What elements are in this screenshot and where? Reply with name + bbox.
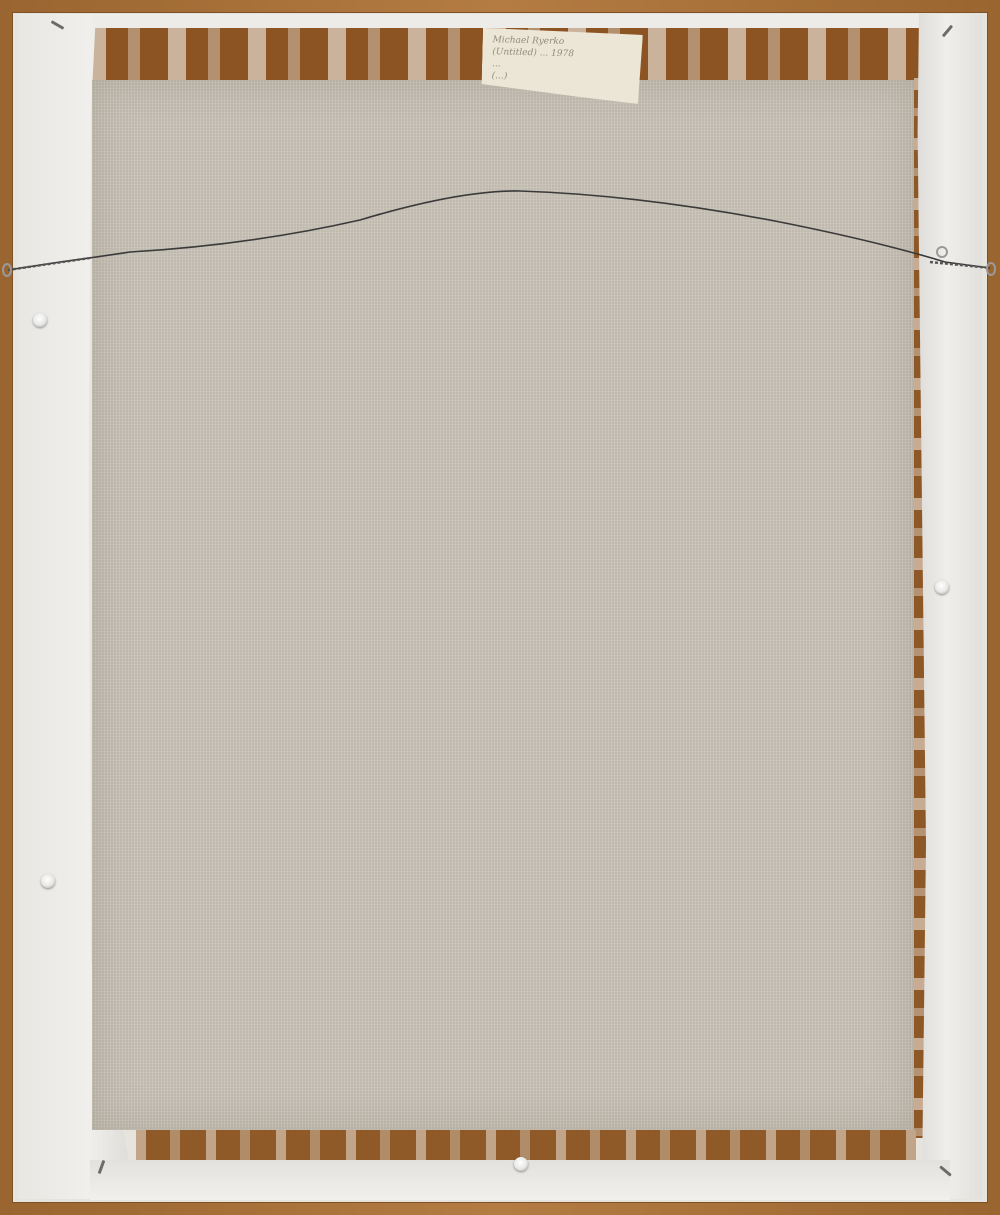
- canvas-back: [92, 80, 914, 1130]
- label-line-4: (...): [492, 70, 632, 86]
- tack-icon: [935, 580, 949, 594]
- tack-icon: [41, 874, 55, 888]
- screw-eye-left-icon: [2, 263, 12, 277]
- stretcher-bar-bottom: [136, 1130, 916, 1160]
- tack-icon: [514, 1157, 528, 1171]
- tack-icon: [33, 313, 47, 327]
- screw-eye-right-icon: [986, 262, 996, 276]
- wire-loop-icon: [936, 246, 948, 258]
